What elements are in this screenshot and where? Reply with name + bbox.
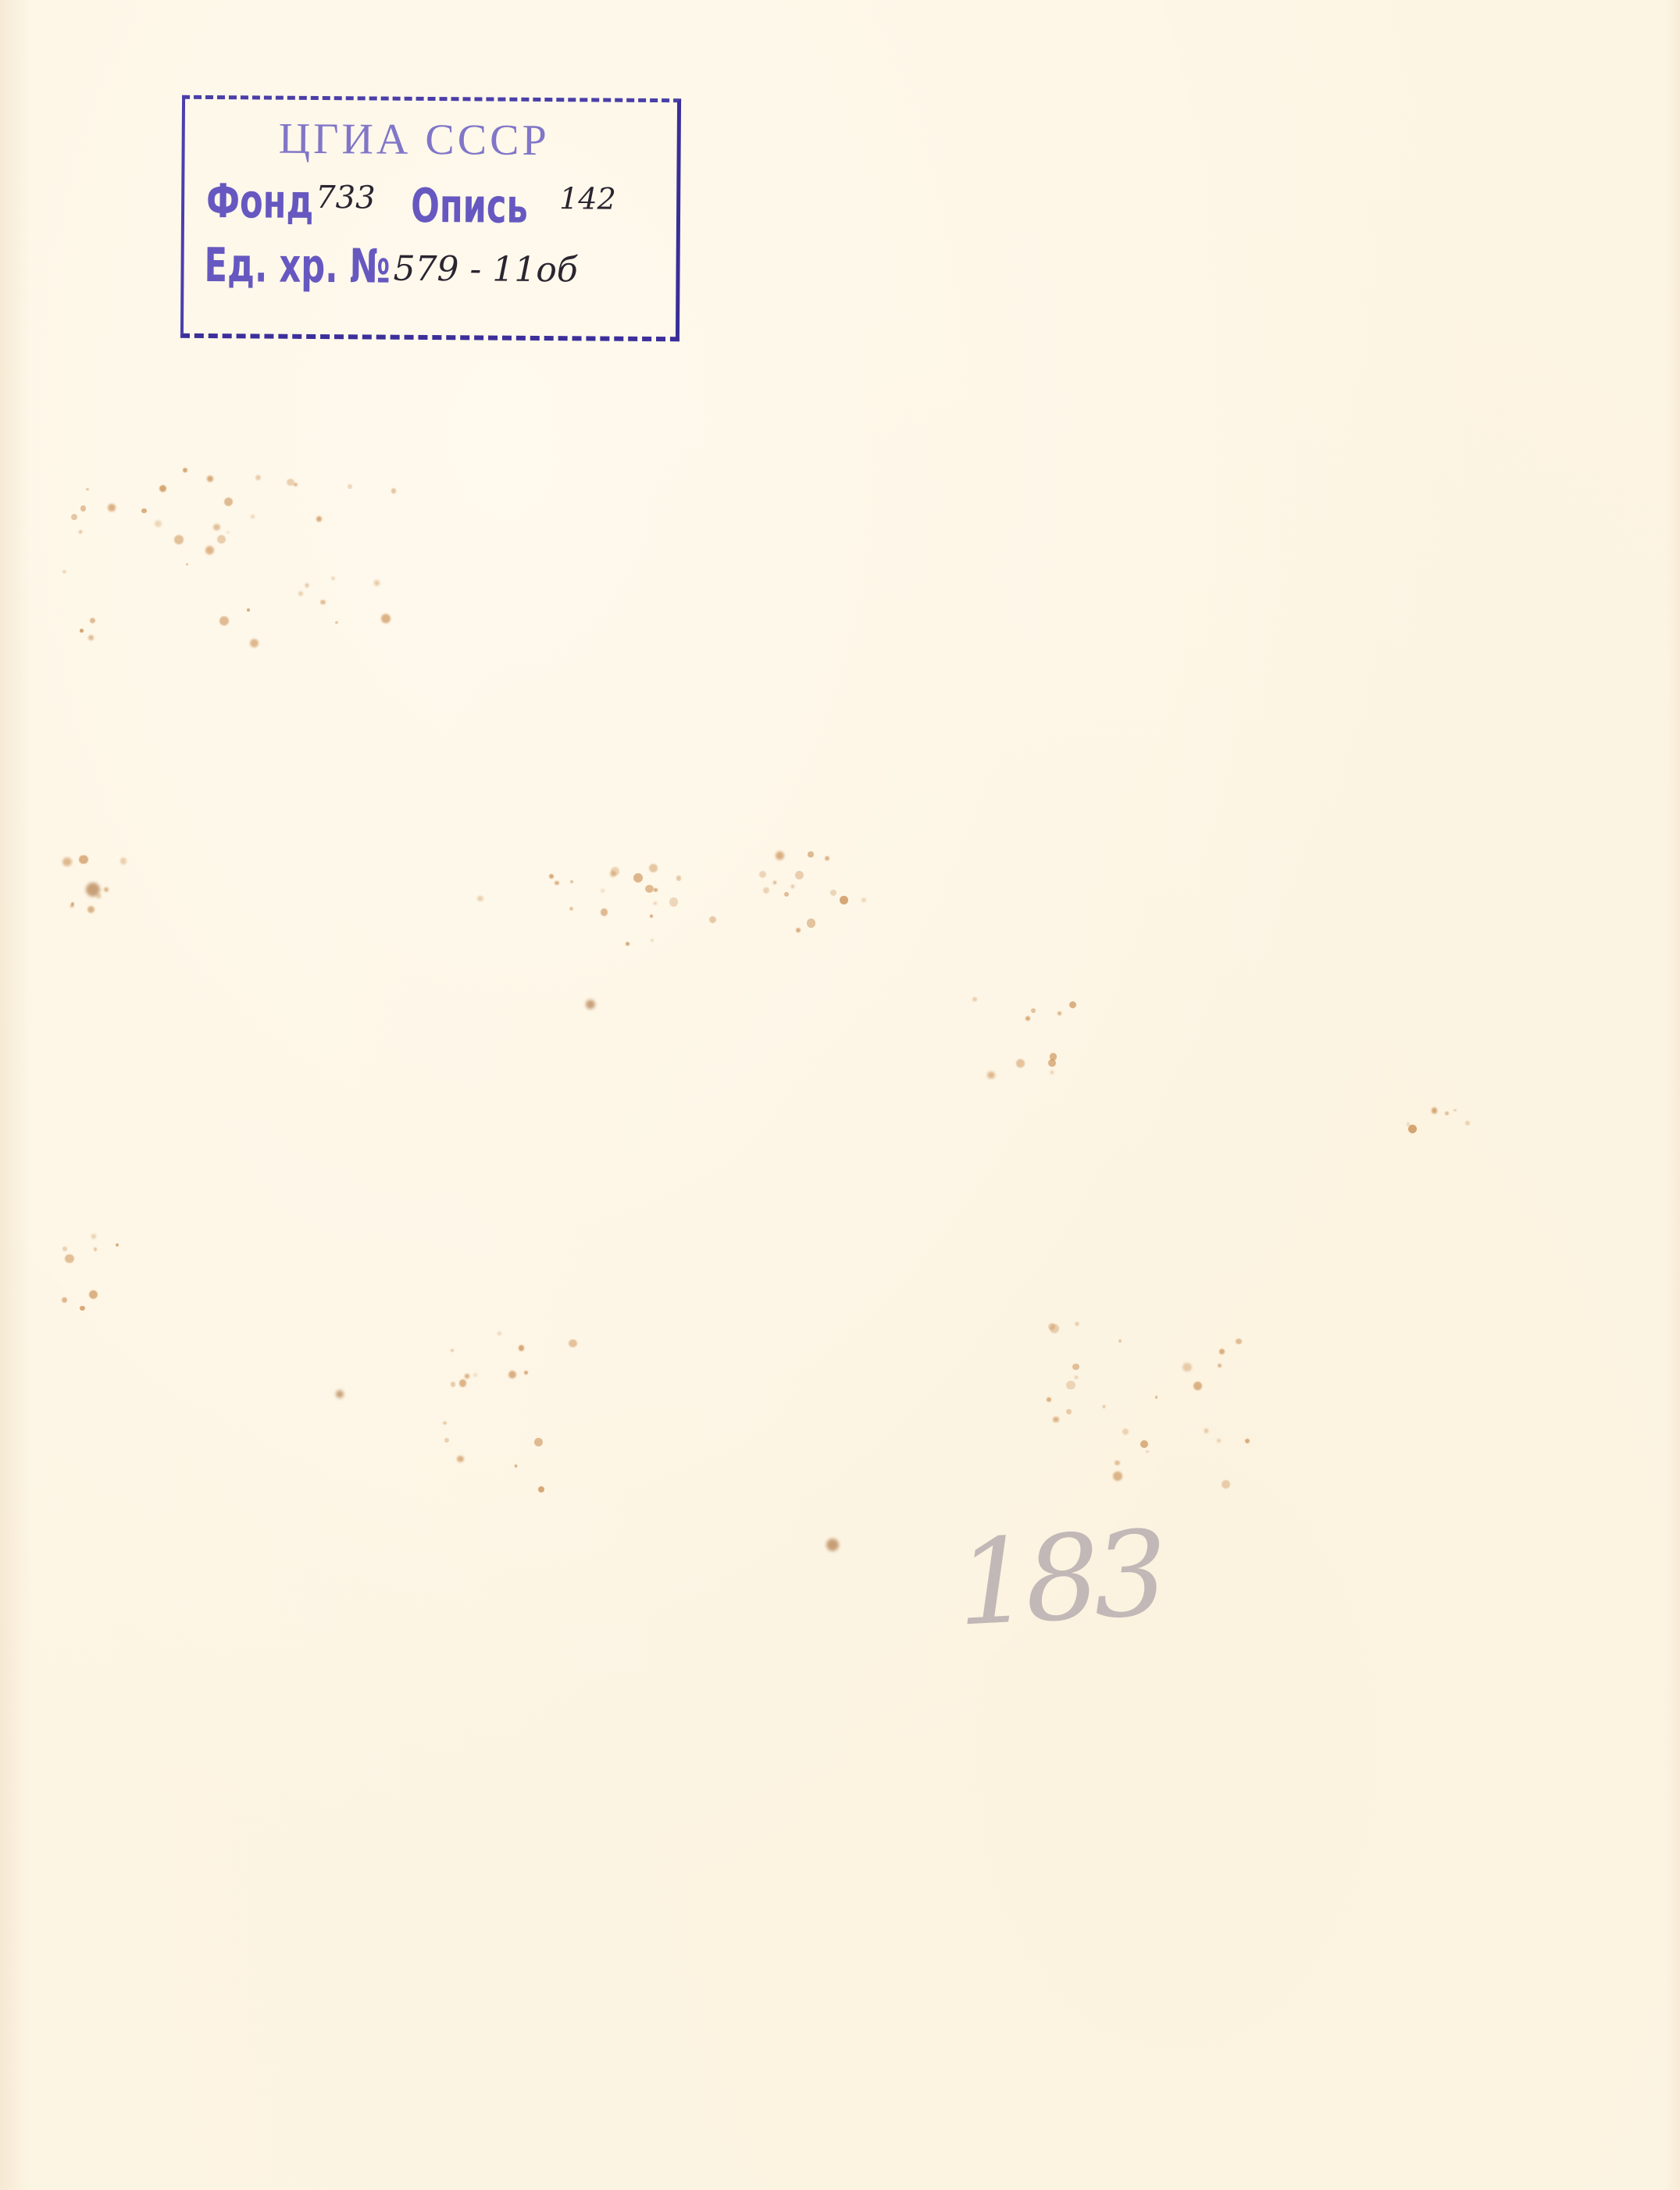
stamp-fond-value: 733 <box>316 180 376 216</box>
foxing-spot <box>207 476 213 482</box>
foxing-spot <box>80 629 84 633</box>
foxing-spot <box>316 516 322 522</box>
foxing-spot <box>80 505 86 511</box>
foxing-spot <box>71 514 77 520</box>
foxing-spot <box>1113 1471 1122 1481</box>
foxing-spot <box>676 876 682 881</box>
foxing-spot <box>626 942 630 946</box>
foxing-spot <box>1407 1122 1410 1125</box>
foxing-spot <box>1155 1396 1157 1398</box>
foxing-spot <box>247 608 249 611</box>
foxing-spot <box>1204 1428 1208 1432</box>
foxing-spot <box>1445 1111 1450 1116</box>
foxing-spot <box>633 873 643 883</box>
foxing-spot <box>840 896 848 904</box>
foxing-spot <box>654 902 657 905</box>
foxing-spot <box>1122 1428 1129 1435</box>
foxing-spot <box>570 880 573 883</box>
foxing-spot <box>80 1306 84 1311</box>
foxing-spot <box>91 1234 95 1238</box>
foxing-spot <box>65 1254 73 1263</box>
foxing-spot <box>62 858 72 867</box>
foxing-spot <box>298 591 304 597</box>
foxing-spot <box>374 580 380 586</box>
foxing-spot <box>1031 1008 1036 1014</box>
foxing-spot <box>808 851 813 857</box>
foxing-spot <box>71 902 74 905</box>
foxing-spot <box>213 524 219 530</box>
foxing-spot <box>508 1371 516 1379</box>
foxing-spot <box>1072 1364 1079 1370</box>
foxing-spot <box>610 871 616 877</box>
foxing-spot <box>861 898 866 903</box>
stamp-title: ЦГИА СССР <box>278 114 549 166</box>
foxing-spot <box>62 570 66 573</box>
foxing-spot <box>807 918 815 927</box>
foxing-spot <box>1140 1440 1148 1448</box>
foxing-spot <box>443 1421 446 1425</box>
foxing-spot <box>89 1290 98 1299</box>
stamp-item-value: 579 - 11об <box>393 249 578 291</box>
foxing-spot <box>759 871 766 878</box>
foxing-spot <box>1219 1349 1224 1354</box>
foxing-spot <box>116 1243 119 1247</box>
foxing-spot <box>1218 1364 1222 1368</box>
foxing-spot <box>457 1456 464 1463</box>
foxing-spot <box>120 858 127 865</box>
foxing-spot <box>465 1374 469 1379</box>
foxing-spot <box>451 1382 455 1386</box>
foxing-spot <box>381 614 391 623</box>
foxing-spot <box>186 563 188 565</box>
foxing-spot <box>335 621 338 624</box>
foxing-spot <box>336 1390 344 1398</box>
foxing-spot <box>86 488 89 491</box>
foxing-spot <box>251 515 255 519</box>
foxing-spot <box>320 600 326 605</box>
foxing-spot <box>601 889 605 893</box>
foxing-spot <box>776 851 784 860</box>
foxing-spot <box>987 1072 995 1079</box>
foxing-spot <box>569 907 573 911</box>
foxing-spot <box>250 639 259 647</box>
foxing-spot <box>654 888 658 892</box>
foxing-spot <box>1182 1363 1192 1372</box>
foxing-spot <box>86 883 100 897</box>
foxing-spot <box>217 535 226 544</box>
foxing-spot <box>519 1345 525 1351</box>
stamp-opis-value: 142 <box>559 181 616 216</box>
foxing-spot <box>1103 1405 1106 1408</box>
foxing-spot <box>88 635 94 640</box>
foxing-spot <box>669 897 679 907</box>
foxing-spot <box>1465 1121 1470 1125</box>
foxing-spot <box>1066 1409 1071 1414</box>
foxing-spot <box>645 885 653 893</box>
foxing-spot <box>538 1486 544 1493</box>
document-page: ЦГИА СССР Фонд 733 Опись 142 Ед. хр. № 5… <box>0 0 1680 2190</box>
foxing-spot <box>1217 1439 1221 1443</box>
foxing-spot <box>773 881 776 884</box>
foxing-spot <box>174 535 184 544</box>
foxing-spot <box>826 1539 839 1551</box>
foxing-spot <box>459 1379 467 1387</box>
foxing-spot <box>534 1438 543 1446</box>
foxing-spot <box>79 855 88 865</box>
foxing-spot <box>331 576 336 581</box>
foxing-spot <box>1050 1071 1054 1074</box>
foxing-spot <box>763 887 769 893</box>
foxing-spot <box>1050 1324 1059 1333</box>
foxing-spot <box>1432 1107 1437 1113</box>
foxing-spot <box>1016 1059 1025 1068</box>
foxing-spot <box>94 1247 98 1251</box>
foxing-spot <box>219 616 229 626</box>
foxing-spot <box>569 1339 576 1347</box>
foxing-spot <box>108 504 116 512</box>
foxing-spot <box>1146 1450 1149 1453</box>
stamp-fond-label: Фонд <box>206 174 314 230</box>
foxing-spot <box>1047 1397 1051 1402</box>
foxing-spot <box>226 531 230 534</box>
foxing-spot <box>524 1371 528 1375</box>
foxing-spot <box>791 885 794 888</box>
foxing-spot <box>159 485 166 492</box>
foxing-spot <box>784 892 789 897</box>
archive-stamp: ЦГИА СССР Фонд 733 Опись 142 Ед. хр. № 5… <box>180 95 681 341</box>
foxing-spot <box>549 874 554 879</box>
foxing-spot <box>651 939 654 942</box>
foxing-spot <box>1115 1461 1120 1466</box>
foxing-spot <box>141 508 146 513</box>
foxing-spot <box>1066 1381 1075 1389</box>
foxing-spot <box>1075 1376 1077 1379</box>
foxing-spot <box>348 484 351 488</box>
foxing-spot <box>305 583 309 587</box>
foxing-spot <box>224 498 233 506</box>
foxing-spot <box>1193 1382 1202 1390</box>
foxing-spot <box>444 1438 449 1443</box>
foxing-spot <box>796 928 801 933</box>
page-edge-shadow <box>1664 0 1680 2190</box>
foxing-spot <box>1069 1001 1076 1008</box>
foxing-spot <box>515 1464 518 1468</box>
foxing-spot <box>79 530 82 533</box>
foxing-spot <box>62 1297 67 1303</box>
foxing-spot <box>451 1349 454 1352</box>
foxing-spot <box>474 1374 476 1376</box>
foxing-spot <box>1058 1011 1061 1015</box>
foxing-spot <box>155 520 162 527</box>
foxing-spot <box>62 1247 67 1251</box>
foxing-spot <box>1454 1109 1456 1111</box>
foxing-spot <box>1118 1339 1122 1343</box>
foxing-spot <box>1025 1016 1030 1021</box>
foxing-spot <box>555 881 559 886</box>
foxing-spot <box>1075 1322 1079 1325</box>
foxing-spot <box>649 864 658 872</box>
foxing-spot <box>601 908 608 916</box>
pencil-folio-number: 183 <box>954 1506 1165 1652</box>
foxing-spot <box>90 618 96 624</box>
page-edge-shadow <box>0 0 31 2190</box>
foxing-spot <box>795 871 804 879</box>
foxing-spot <box>709 916 716 923</box>
foxing-spot <box>1053 1417 1058 1422</box>
foxing-spot <box>1245 1439 1250 1443</box>
foxing-spot <box>1222 1480 1231 1489</box>
foxing-spot <box>825 856 829 861</box>
foxing-spot <box>183 468 187 473</box>
foxing-spot <box>205 546 214 555</box>
foxing-spot <box>477 896 483 902</box>
foxing-spot <box>1408 1125 1417 1133</box>
foxing-spot <box>650 915 653 918</box>
stamp-opis-label: Опись <box>411 179 528 234</box>
foxing-spot <box>1050 1053 1057 1060</box>
foxing-spot <box>391 488 397 494</box>
foxing-spot <box>586 1000 595 1009</box>
foxing-spot <box>498 1332 501 1336</box>
foxing-spot <box>830 890 836 896</box>
foxing-spot <box>104 887 109 892</box>
foxing-spot <box>87 906 95 913</box>
foxing-spot <box>255 475 261 480</box>
foxing-spot <box>1236 1339 1241 1344</box>
stamp-item-label: Ед. хр. № <box>204 238 391 294</box>
foxing-spot <box>972 997 977 1002</box>
